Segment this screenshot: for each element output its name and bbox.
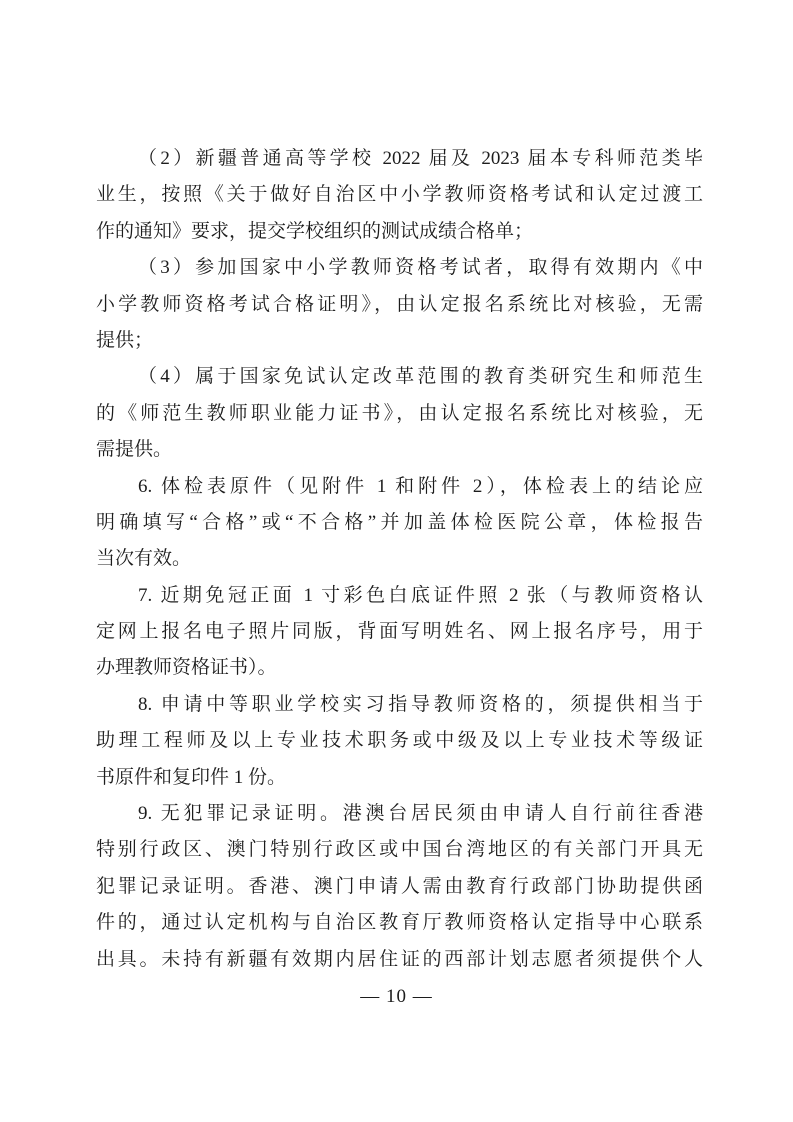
text-line: 提供；: [96, 323, 703, 359]
text-line: 6. 体检表原件（见附件 1 和附件 2），体检表上的结论应: [96, 469, 703, 505]
text-line: 业生，按照《关于做好自治区中小学教师资格考试和认定过渡工: [96, 177, 703, 213]
text-line: 8. 申请中等职业学校实习指导教师资格的，须提供相当于: [96, 687, 703, 723]
document-body: （2）新疆普通高等学校 2022 届及 2023 届本专科师范类毕业生，按照《关…: [96, 141, 703, 978]
text-line: 书原件和复印件 1 份。: [96, 760, 703, 796]
text-line: 定网上报名电子照片同版，背面写明姓名、网上报名序号，用于: [96, 614, 703, 650]
text-line: 7. 近期免冠正面 1 寸彩色白底证件照 2 张（与教师资格认: [96, 578, 703, 614]
text-line: 犯罪记录证明。香港、澳门申请人需由教育行政部门协助提供函: [96, 869, 703, 905]
text-line: 需提供。: [96, 432, 703, 468]
text-line: 出具。未持有新疆有效期内居住证的西部计划志愿者须提供个人: [96, 942, 703, 978]
text-line: 助理工程师及以上专业技术职务或中级及以上专业技术等级证: [96, 723, 703, 759]
text-line: 特别行政区、澳门特别行政区或中国台湾地区的有关部门开具无: [96, 832, 703, 868]
page-footer: — 10 —: [0, 986, 793, 1008]
text-line: 件的，通过认定机构与自治区教育厅教师资格认定指导中心联系: [96, 905, 703, 941]
text-line: （3）参加国家中小学教师资格考试者，取得有效期内《中: [96, 250, 703, 286]
text-line: 明确填写“合格”或“不合格”并加盖体检医院公章，体检报告: [96, 505, 703, 541]
text-line: （4）属于国家免试认定改革范围的教育类研究生和师范生: [96, 359, 703, 395]
text-line: （2）新疆普通高等学校 2022 届及 2023 届本专科师范类毕: [96, 141, 703, 177]
text-line: 办理教师资格证书）。: [96, 650, 703, 686]
page-number: — 10 —: [360, 986, 433, 1007]
text-line: 的《师范生教师职业能力证书》，由认定报名系统比对核验，无: [96, 396, 703, 432]
text-line: 作的通知》要求，提交学校组织的测试成绩合格单；: [96, 214, 703, 250]
text-line: 当次有效。: [96, 541, 703, 577]
text-line: 9. 无犯罪记录证明。港澳台居民须由申请人自行前往香港: [96, 796, 703, 832]
text-line: 小学教师资格考试合格证明》，由认定报名系统比对核验，无需: [96, 287, 703, 323]
document-page: （2）新疆普通高等学校 2022 届及 2023 届本专科师范类毕业生，按照《关…: [0, 0, 793, 1122]
